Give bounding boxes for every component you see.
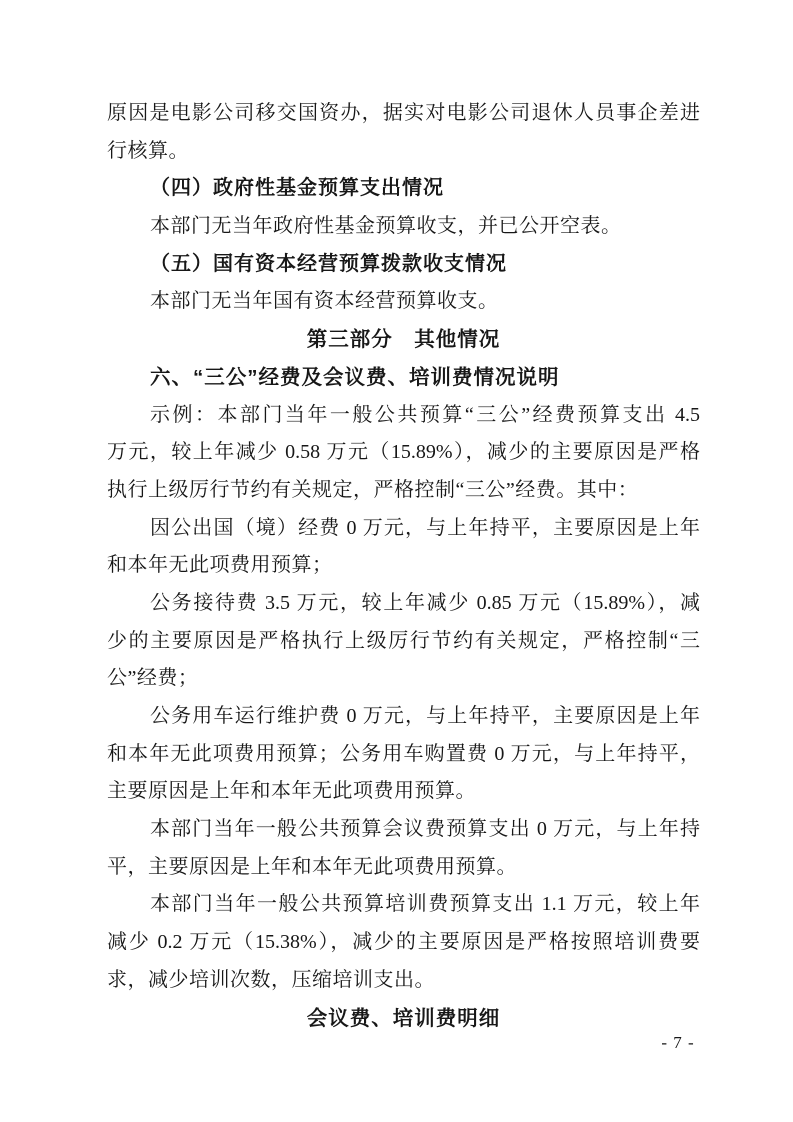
body-line: 和本年无此项费用预算；公务用车购置费 0 万元，与上年持平， bbox=[107, 736, 700, 774]
body-line: 执行上级厉行节约有关规定，严格控制“三公”经费。其中： bbox=[107, 472, 700, 510]
body-line: 本部门无当年政府性基金预算收支，并已公开空表。 bbox=[107, 208, 700, 246]
section6-heading: 六、“三公”经费及会议费、培训费情况说明 bbox=[107, 359, 700, 397]
document-body: 原因是电影公司移交国资办，据实对电影公司退休人员事企差进 行核算。 （四）政府性… bbox=[107, 95, 700, 1037]
body-line: 求，减少培训次数，压缩培训支出。 bbox=[107, 962, 700, 1000]
body-line: 万元，较上年减少 0.58 万元（15.89%），减少的主要原因是严格 bbox=[107, 434, 700, 472]
body-line: 少的主要原因是严格执行上级厉行节约有关规定，严格控制“三 bbox=[107, 623, 700, 661]
body-line: 和本年无此项费用预算； bbox=[107, 547, 700, 585]
detail-table-title: 会议费、培训费明细 bbox=[107, 1000, 700, 1038]
subsection-heading-5: （五）国有资本经营预算拨款收支情况 bbox=[107, 246, 700, 284]
document-page: { "document": { "lines": [ "原因是电影公司移交国资办… bbox=[0, 0, 793, 1122]
body-line: 公”经费； bbox=[107, 660, 700, 698]
part3-heading: 第三部分 其他情况 bbox=[107, 321, 700, 359]
page-number: - 7 - bbox=[650, 1032, 706, 1054]
body-line: 原因是电影公司移交国资办，据实对电影公司退休人员事企差进 bbox=[107, 95, 700, 133]
body-line: 本部门当年一般公共预算培训费预算支出 1.1 万元，较上年 bbox=[107, 886, 700, 924]
body-line: 公务用车运行维护费 0 万元，与上年持平，主要原因是上年 bbox=[107, 698, 700, 736]
body-line: 本部门当年一般公共预算会议费预算支出 0 万元，与上年持 bbox=[107, 811, 700, 849]
body-line: 主要原因是上年和本年无此项费用预算。 bbox=[107, 773, 700, 811]
body-line: 平，主要原因是上年和本年无此项费用预算。 bbox=[107, 849, 700, 887]
body-line: 因公出国（境）经费 0 万元，与上年持平，主要原因是上年 bbox=[107, 510, 700, 548]
body-line: 行核算。 bbox=[107, 133, 700, 171]
body-line: 本部门无当年国有资本经营预算收支。 bbox=[107, 283, 700, 321]
body-line: 示例：本部门当年一般公共预算“三公”经费预算支出 4.5 bbox=[107, 397, 700, 435]
body-line: 公务接待费 3.5 万元，较上年减少 0.85 万元（15.89%），减 bbox=[107, 585, 700, 623]
body-line: 减少 0.2 万元（15.38%），减少的主要原因是严格按照培训费要 bbox=[107, 924, 700, 962]
subsection-heading-4: （四）政府性基金预算支出情况 bbox=[107, 170, 700, 208]
